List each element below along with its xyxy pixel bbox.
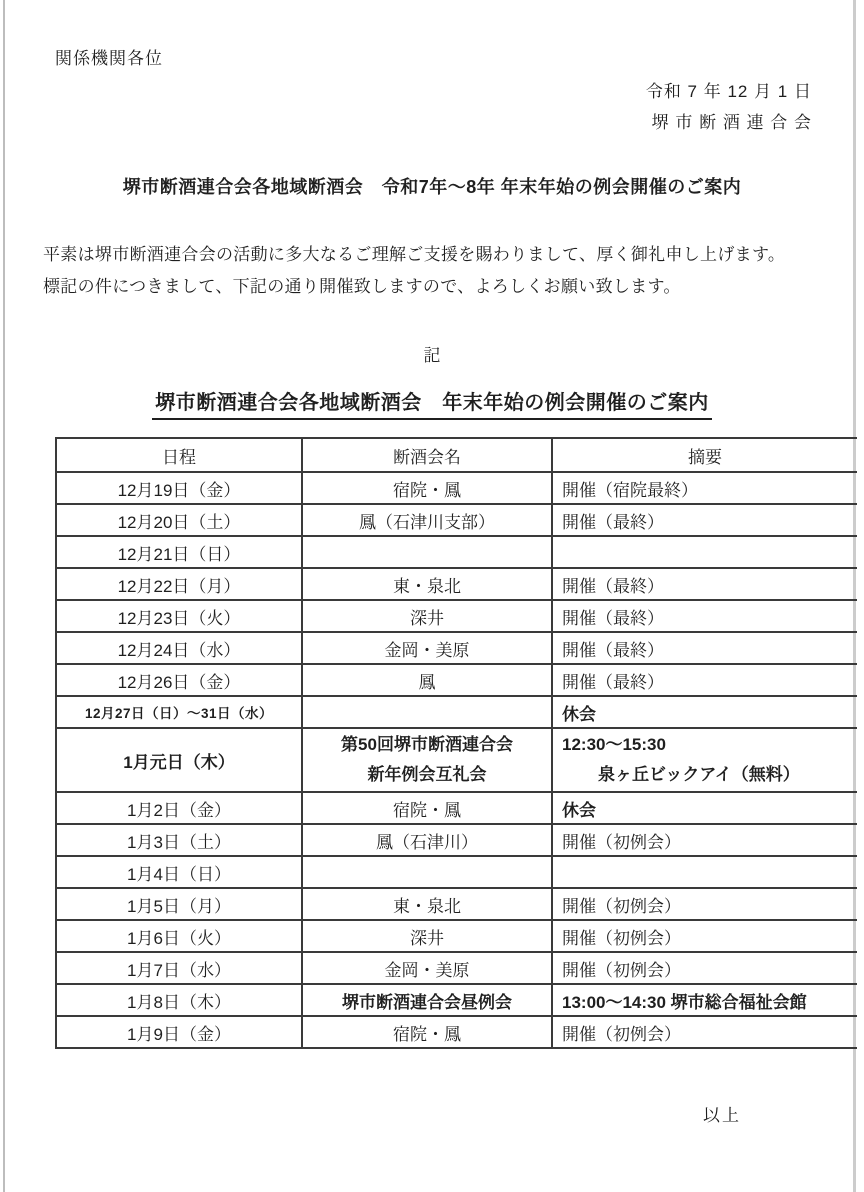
date-cell: 12月23日（火） [56, 600, 302, 632]
table-row: 12月21日（日） [56, 536, 857, 568]
table-row: 12月27日（日）～31日（水）休会 [56, 696, 857, 728]
greeting-paragraph: 平素は堺市断酒連合会の活動に多大なるご理解ご支援を賜わりまして、厚く御礼申し上げ… [43, 239, 785, 303]
table-row: 1月2日（金）宿院・鳳休会 [56, 792, 857, 824]
date-cell: 12月22日（月） [56, 568, 302, 600]
closing-marker: 以上 [703, 1101, 741, 1126]
table-row: 12月26日（金）鳳開催（最終） [56, 664, 857, 696]
header-group: 断酒会名 [302, 438, 552, 472]
note-cell: 開催（最終） [552, 600, 857, 632]
table-row: 1月7日（水）金岡・美原開催（初例会） [56, 952, 857, 984]
date-cell: 12月24日（水） [56, 632, 302, 664]
note-cell: 開催（初例会） [552, 952, 857, 984]
table-row: 1月6日（火）深井開催（初例会） [56, 920, 857, 952]
group-cell: 宿院・鳳 [302, 1016, 552, 1048]
date-cell: 1月4日（日） [56, 856, 302, 888]
date-cell: 12月20日（土） [56, 504, 302, 536]
note-cell-line: 12:30～15:30 [562, 730, 857, 760]
group-cell: 金岡・美原 [302, 952, 552, 984]
table-row: 1月8日（木）堺市断酒連合会昼例会13:00～14:30 堺市総合福祉会館 [56, 984, 857, 1016]
group-cell-line: 新年例会互礼会 [303, 760, 551, 790]
schedule-table: 日程 断酒会名 摘要 12月19日（金）宿院・鳳開催（宿院最終）12月20日（土… [55, 437, 857, 1049]
date-cell: 12月21日（日） [56, 536, 302, 568]
note-cell: 開催（初例会） [552, 920, 857, 952]
note-cell: 開催（初例会） [552, 888, 857, 920]
date-cell: 12月27日（日）～31日（水） [56, 696, 302, 728]
date-cell: 1月元日（木） [56, 728, 302, 792]
date-cell: 1月2日（金） [56, 792, 302, 824]
group-cell: 深井 [302, 920, 552, 952]
greeting-line-2: 標記の件につきまして、下記の通り開催致しますので、よろしくお願い致します。 [43, 271, 785, 303]
group-cell [302, 856, 552, 888]
table-row: 1月4日（日） [56, 856, 857, 888]
date-cell: 1月9日（金） [56, 1016, 302, 1048]
header-note: 摘要 [552, 438, 857, 472]
table-row: 12月22日（月）東・泉北開催（最終） [56, 568, 857, 600]
note-cell: 開催（初例会） [552, 1016, 857, 1048]
document-title: 堺市断酒連合会各地域断酒会 令和7年～8年 年末年始の例会開催のご案内 [0, 173, 864, 199]
table-heading: 堺市断酒連合会各地域断酒会 年末年始の例会開催のご案内 [152, 386, 712, 420]
table-row: 12月23日（火）深井開催（最終） [56, 600, 857, 632]
date-cell: 1月8日（木） [56, 984, 302, 1016]
group-cell-line: 第50回堺市断酒連合会 [303, 730, 551, 760]
table-row: 1月9日（金）宿院・鳳開催（初例会） [56, 1016, 857, 1048]
note-cell: 開催（最終） [552, 504, 857, 536]
table-row: 12月24日（水）金岡・美原開催（最終） [56, 632, 857, 664]
note-cell: 12:30～15:30泉ヶ丘ビックアイ（無料） [552, 728, 857, 792]
issue-date: 令和 7 年 12 月 1 日 [646, 76, 812, 107]
note-cell: 13:00～14:30 堺市総合福祉会館 [552, 984, 857, 1016]
note-cell: 開催（初例会） [552, 824, 857, 856]
date-cell: 1月5日（月） [56, 888, 302, 920]
table-row: 12月19日（金）宿院・鳳開催（宿院最終） [56, 472, 857, 504]
note-cell: 休会 [552, 696, 857, 728]
note-cell: 開催（最終） [552, 568, 857, 600]
group-cell: 宿院・鳳 [302, 792, 552, 824]
table-row: 12月20日（土）鳳（石津川支部）開催（最終） [56, 504, 857, 536]
table-heading-wrap: 堺市断酒連合会各地域断酒会 年末年始の例会開催のご案内 [0, 386, 864, 420]
table-header-row: 日程 断酒会名 摘要 [56, 438, 857, 472]
group-cell: 宿院・鳳 [302, 472, 552, 504]
date-cell: 1月7日（水） [56, 952, 302, 984]
date-cell: 12月26日（金） [56, 664, 302, 696]
note-cell: 開催（宿院最終） [552, 472, 857, 504]
date-org-block: 令和 7 年 12 月 1 日 堺 市 断 酒 連 合 会 [646, 76, 812, 138]
group-cell [302, 536, 552, 568]
recipient-line: 関係機関各位 [55, 44, 163, 69]
group-cell: 第50回堺市断酒連合会新年例会互礼会 [302, 728, 552, 792]
group-cell: 金岡・美原 [302, 632, 552, 664]
group-cell: 深井 [302, 600, 552, 632]
note-cell: 開催（最終） [552, 664, 857, 696]
note-cell-line: 泉ヶ丘ビックアイ（無料） [562, 760, 857, 790]
note-cell: 開催（最終） [552, 632, 857, 664]
document-page: 関係機関各位 令和 7 年 12 月 1 日 堺 市 断 酒 連 合 会 堺市断… [0, 0, 864, 1192]
table-row: 1月5日（月）東・泉北開催（初例会） [56, 888, 857, 920]
note-cell: 休会 [552, 792, 857, 824]
group-cell: 鳳（石津川） [302, 824, 552, 856]
date-cell: 12月19日（金） [56, 472, 302, 504]
header-date: 日程 [56, 438, 302, 472]
date-cell: 1月6日（火） [56, 920, 302, 952]
group-cell: 東・泉北 [302, 568, 552, 600]
table-row: 1月元日（木）第50回堺市断酒連合会新年例会互礼会12:30～15:30泉ヶ丘ビ… [56, 728, 857, 792]
organization-name: 堺 市 断 酒 連 合 会 [646, 107, 812, 138]
group-cell: 鳳 [302, 664, 552, 696]
note-cell [552, 536, 857, 568]
record-marker: 記 [0, 341, 864, 366]
group-cell: 堺市断酒連合会昼例会 [302, 984, 552, 1016]
group-cell [302, 696, 552, 728]
schedule-table-body: 12月19日（金）宿院・鳳開催（宿院最終）12月20日（土）鳳（石津川支部）開催… [56, 472, 857, 1048]
group-cell: 鳳（石津川支部） [302, 504, 552, 536]
table-row: 1月3日（土）鳳（石津川）開催（初例会） [56, 824, 857, 856]
group-cell: 東・泉北 [302, 888, 552, 920]
note-cell [552, 856, 857, 888]
date-cell: 1月3日（土） [56, 824, 302, 856]
greeting-line-1: 平素は堺市断酒連合会の活動に多大なるご理解ご支援を賜わりまして、厚く御礼申し上げ… [43, 239, 785, 271]
